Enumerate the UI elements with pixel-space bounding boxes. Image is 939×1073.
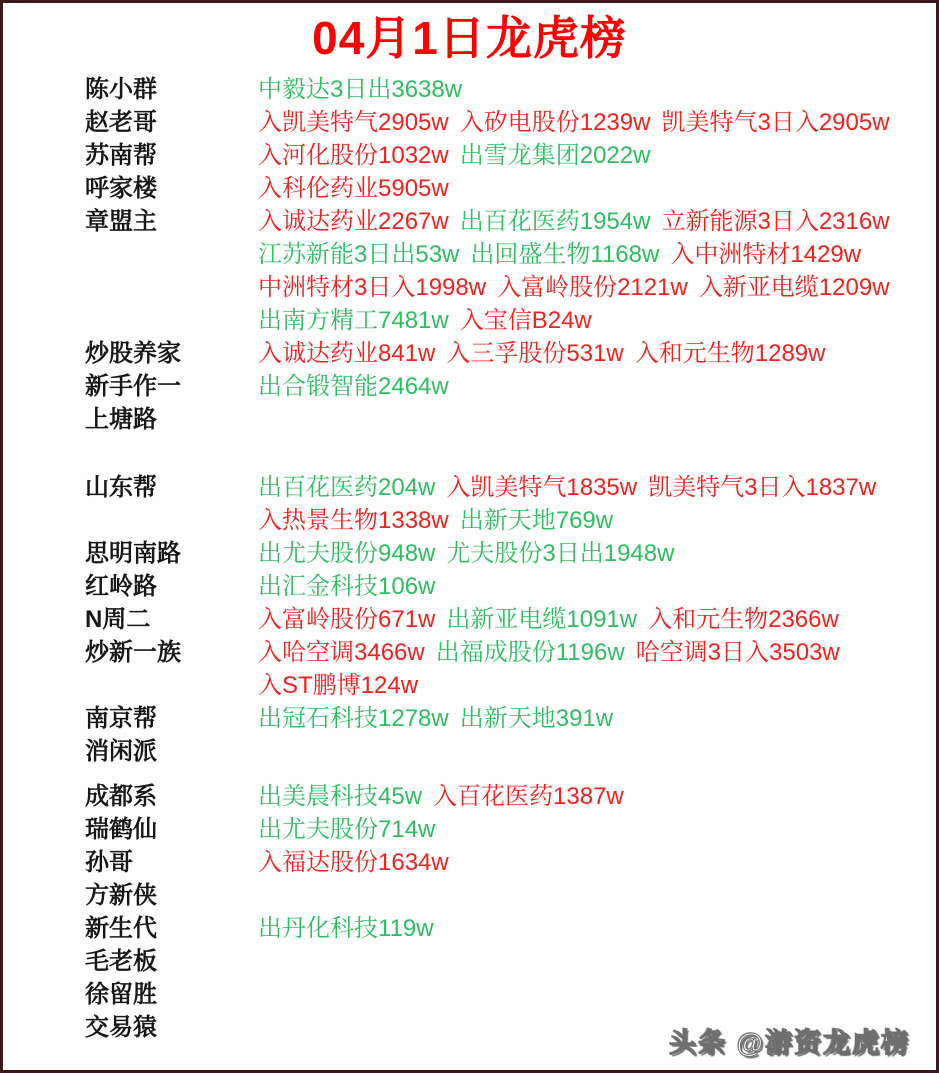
trader-row: 章盟主入诚达药业2267w出百花医药1954w立新能源3日入2316w江苏新能3…	[85, 205, 936, 337]
buy-entry: 立新能源3日入2316w	[661, 208, 889, 235]
trade-entries: 出尤夫股份948w尤夫股份3日出1948w	[258, 537, 674, 570]
trade-line: 入福达股份1634w	[258, 846, 449, 879]
trade-entries: 入诚达药业2267w出百花医药1954w立新能源3日入2316w江苏新能3日出5…	[258, 205, 890, 337]
sell-entry: 出汇金科技106w	[258, 573, 435, 600]
buy-entry: 入宝信B24w	[460, 307, 592, 334]
trade-entries: 出百花医药204w入凯美特气1835w凯美特气3日入1837w入热景生物1338…	[258, 471, 876, 537]
watermark: 头条 @游资龙虎榜	[669, 1021, 910, 1060]
buy-entry: 入富岭股份2121w	[497, 274, 688, 301]
trade-line: 入凯美特气2905w入矽电股份1239w凯美特气3日入2905w	[258, 106, 890, 139]
trade-entries: 出丹化科技119w	[258, 912, 434, 945]
buy-entry: 入ST鹏博124w	[258, 672, 418, 699]
trader-row: 瑞鹤仙出尤夫股份714w	[85, 813, 936, 846]
trader-name: 毛老板	[85, 945, 258, 978]
sell-entry: 出美晨科技45w	[258, 783, 422, 810]
trader-name: 新生代	[85, 912, 258, 945]
buy-entry: 中洲特材3日入1998w	[258, 274, 486, 301]
trade-line: 入哈空调3466w出福成股份1196w哈空调3日入3503w	[258, 636, 840, 669]
trader-list: 陈小群中毅达3日出3638w赵老哥入凯美特气2905w入矽电股份1239w凯美特…	[3, 73, 936, 1044]
trade-line: 入河化股份1032w出雪龙集团2022w	[258, 139, 650, 172]
trader-row: 徐留胜	[85, 978, 936, 1011]
trade-line: 入热景生物1338w出新天地769w	[258, 504, 876, 537]
trader-row: 上塘路	[85, 403, 936, 436]
trader-name: 红岭路	[85, 570, 258, 603]
trader-name: 新手作一	[85, 370, 258, 403]
sell-entry: 出福成股份1196w	[436, 639, 625, 666]
buy-entry: 入富岭股份671w	[258, 606, 435, 633]
trade-entries: 入福达股份1634w	[258, 846, 449, 879]
buy-entry: 入百花医药1387w	[433, 783, 624, 810]
trader-row: 新手作一出合锻智能2464w	[85, 370, 936, 403]
trader-name: 章盟主	[85, 205, 258, 238]
trader-name: 思明南路	[85, 537, 258, 570]
trader-row: 成都系出美晨科技45w入百花医药1387w	[85, 780, 936, 813]
buy-entry: 入凯美特气1835w	[446, 474, 637, 501]
trade-line: 出美晨科技45w入百花医药1387w	[258, 780, 624, 813]
trader-name: 瑞鹤仙	[85, 813, 258, 846]
trader-row: 新生代出丹化科技119w	[85, 912, 936, 945]
buy-entry: 入诚达药业841w	[258, 340, 435, 367]
trader-name: 山东帮	[85, 471, 258, 504]
trader-name: 消闲派	[85, 735, 258, 768]
trade-line: 中洲特材3日入1998w入富岭股份2121w入新亚电缆1209w	[258, 271, 890, 304]
trader-name: 赵老哥	[85, 106, 258, 139]
trader-name: 呼家楼	[85, 172, 258, 205]
trader-row: 呼家楼入科伦药业5905w	[85, 172, 936, 205]
trade-line: 出南方精工7481w入宝信B24w	[258, 304, 890, 337]
trade-entries: 出美晨科技45w入百花医药1387w	[258, 780, 624, 813]
trader-row: 思明南路出尤夫股份948w尤夫股份3日出1948w	[85, 537, 936, 570]
buy-entry: 入矽电股份1239w	[460, 109, 651, 136]
trade-line: 中毅达3日出3638w	[258, 73, 462, 106]
trader-name: 成都系	[85, 780, 258, 813]
buy-entry: 哈空调3日入3503w	[636, 639, 840, 666]
buy-entry: 凯美特气3日入1837w	[648, 474, 876, 501]
trade-line: 出汇金科技106w	[258, 570, 435, 603]
trade-entries: 出冠石科技1278w出新天地391w	[258, 702, 613, 735]
trader-name: 上塘路	[85, 403, 258, 436]
trader-row: 苏南帮入河化股份1032w出雪龙集团2022w	[85, 139, 936, 172]
trade-line: 出尤夫股份948w尤夫股份3日出1948w	[258, 537, 674, 570]
trade-line: 出百花医药204w入凯美特气1835w凯美特气3日入1837w	[258, 471, 876, 504]
buy-entry: 入科伦药业5905w	[258, 175, 449, 202]
trader-row: 陈小群中毅达3日出3638w	[85, 73, 936, 106]
trader-row: 孙哥入福达股份1634w	[85, 846, 936, 879]
trade-entries: 入凯美特气2905w入矽电股份1239w凯美特气3日入2905w	[258, 106, 890, 139]
sell-entry: 出合锻智能2464w	[258, 373, 449, 400]
trader-name: 孙哥	[85, 846, 258, 879]
buy-entry: 入诚达药业2267w	[258, 208, 449, 235]
sell-entry: 出雪龙集团2022w	[460, 142, 651, 169]
trade-entries: 出尤夫股份714w	[258, 813, 435, 846]
buy-entry: 入新亚电缆1209w	[699, 274, 890, 301]
buy-entry: 入热景生物1338w	[258, 507, 449, 534]
trade-entries: 入科伦药业5905w	[258, 172, 449, 205]
buy-entry: 入哈空调3466w	[258, 639, 425, 666]
buy-entry: 入和元生物1289w	[635, 340, 826, 367]
trader-name: N周二	[85, 603, 258, 636]
sell-entry: 出回盛生物1168w	[470, 241, 659, 268]
trade-line: 出合锻智能2464w	[258, 370, 449, 403]
sell-entry: 中毅达3日出3638w	[258, 76, 462, 103]
trader-name: 方新侠	[85, 879, 258, 912]
trader-name: 陈小群	[85, 73, 258, 106]
trader-row: 赵老哥入凯美特气2905w入矽电股份1239w凯美特气3日入2905w	[85, 106, 936, 139]
trade-line: 入ST鹏博124w	[258, 669, 840, 702]
buy-entry: 入三孚股份531w	[446, 340, 623, 367]
buy-entry: 凯美特气3日入2905w	[661, 109, 889, 136]
sell-entry: 江苏新能3日出53w	[258, 241, 459, 268]
trader-name: 炒新一族	[85, 636, 258, 669]
trader-row: N周二入富岭股份671w出新亚电缆1091w入和元生物2366w	[85, 603, 936, 636]
sell-entry: 出南方精工7481w	[258, 307, 449, 334]
sell-entry: 出冠石科技1278w	[258, 705, 449, 732]
trade-line: 出冠石科技1278w出新天地391w	[258, 702, 613, 735]
buy-entry: 入河化股份1032w	[258, 142, 449, 169]
buy-entry: 入福达股份1634w	[258, 849, 449, 876]
buy-entry: 入中洲特材1429w	[670, 241, 861, 268]
trade-entries: 出合锻智能2464w	[258, 370, 449, 403]
sell-entry: 出新天地391w	[460, 705, 613, 732]
trade-line: 入诚达药业2267w出百花医药1954w立新能源3日入2316w	[258, 205, 890, 238]
dragon-tiger-list-page: 04月1日龙虎榜 陈小群中毅达3日出3638w赵老哥入凯美特气2905w入矽电股…	[0, 0, 939, 1073]
trader-name: 交易猿	[85, 1011, 258, 1044]
sell-entry: 出新天地769w	[460, 507, 613, 534]
sell-entry: 出尤夫股份948w	[258, 540, 435, 567]
trader-row: 方新侠	[85, 879, 936, 912]
buy-entry: 入和元生物2366w	[648, 606, 839, 633]
trader-name: 徐留胜	[85, 978, 258, 1011]
trade-entries: 入诚达药业841w入三孚股份531w入和元生物1289w	[258, 337, 825, 370]
trade-entries: 入富岭股份671w出新亚电缆1091w入和元生物2366w	[258, 603, 839, 636]
trader-row: 炒新一族入哈空调3466w出福成股份1196w哈空调3日入3503w入ST鹏博1…	[85, 636, 936, 702]
trade-line: 出丹化科技119w	[258, 912, 434, 945]
sell-entry: 出新亚电缆1091w	[446, 606, 637, 633]
sell-entry: 出丹化科技119w	[258, 915, 434, 942]
trade-line: 出尤夫股份714w	[258, 813, 435, 846]
sell-entry: 出百花医药204w	[258, 474, 435, 501]
trader-name: 炒股养家	[85, 337, 258, 370]
trader-name: 苏南帮	[85, 139, 258, 172]
sell-entry: 出百花医药1954w	[460, 208, 651, 235]
trade-entries: 入河化股份1032w出雪龙集团2022w	[258, 139, 650, 172]
trader-row: 山东帮出百花医药204w入凯美特气1835w凯美特气3日入1837w入热景生物1…	[85, 471, 936, 537]
trade-line: 入科伦药业5905w	[258, 172, 449, 205]
trade-entries: 中毅达3日出3638w	[258, 73, 462, 106]
trader-row: 消闲派	[85, 735, 936, 768]
trade-line: 入诚达药业841w入三孚股份531w入和元生物1289w	[258, 337, 825, 370]
sell-entry: 尤夫股份3日出1948w	[446, 540, 674, 567]
trade-line: 江苏新能3日出53w出回盛生物1168w入中洲特材1429w	[258, 238, 890, 271]
trader-row: 炒股养家入诚达药业841w入三孚股份531w入和元生物1289w	[85, 337, 936, 370]
trader-row: 南京帮出冠石科技1278w出新天地391w	[85, 702, 936, 735]
trade-entries: 出汇金科技106w	[258, 570, 435, 603]
trade-line: 入富岭股份671w出新亚电缆1091w入和元生物2366w	[258, 603, 839, 636]
trader-row: 毛老板	[85, 945, 936, 978]
buy-entry: 入凯美特气2905w	[258, 109, 449, 136]
trader-name: 南京帮	[85, 702, 258, 735]
trader-row: 红岭路出汇金科技106w	[85, 570, 936, 603]
sell-entry: 出尤夫股份714w	[258, 816, 435, 843]
page-title: 04月1日龙虎榜	[3, 9, 936, 67]
trade-entries: 入哈空调3466w出福成股份1196w哈空调3日入3503w入ST鹏博124w	[258, 636, 840, 702]
